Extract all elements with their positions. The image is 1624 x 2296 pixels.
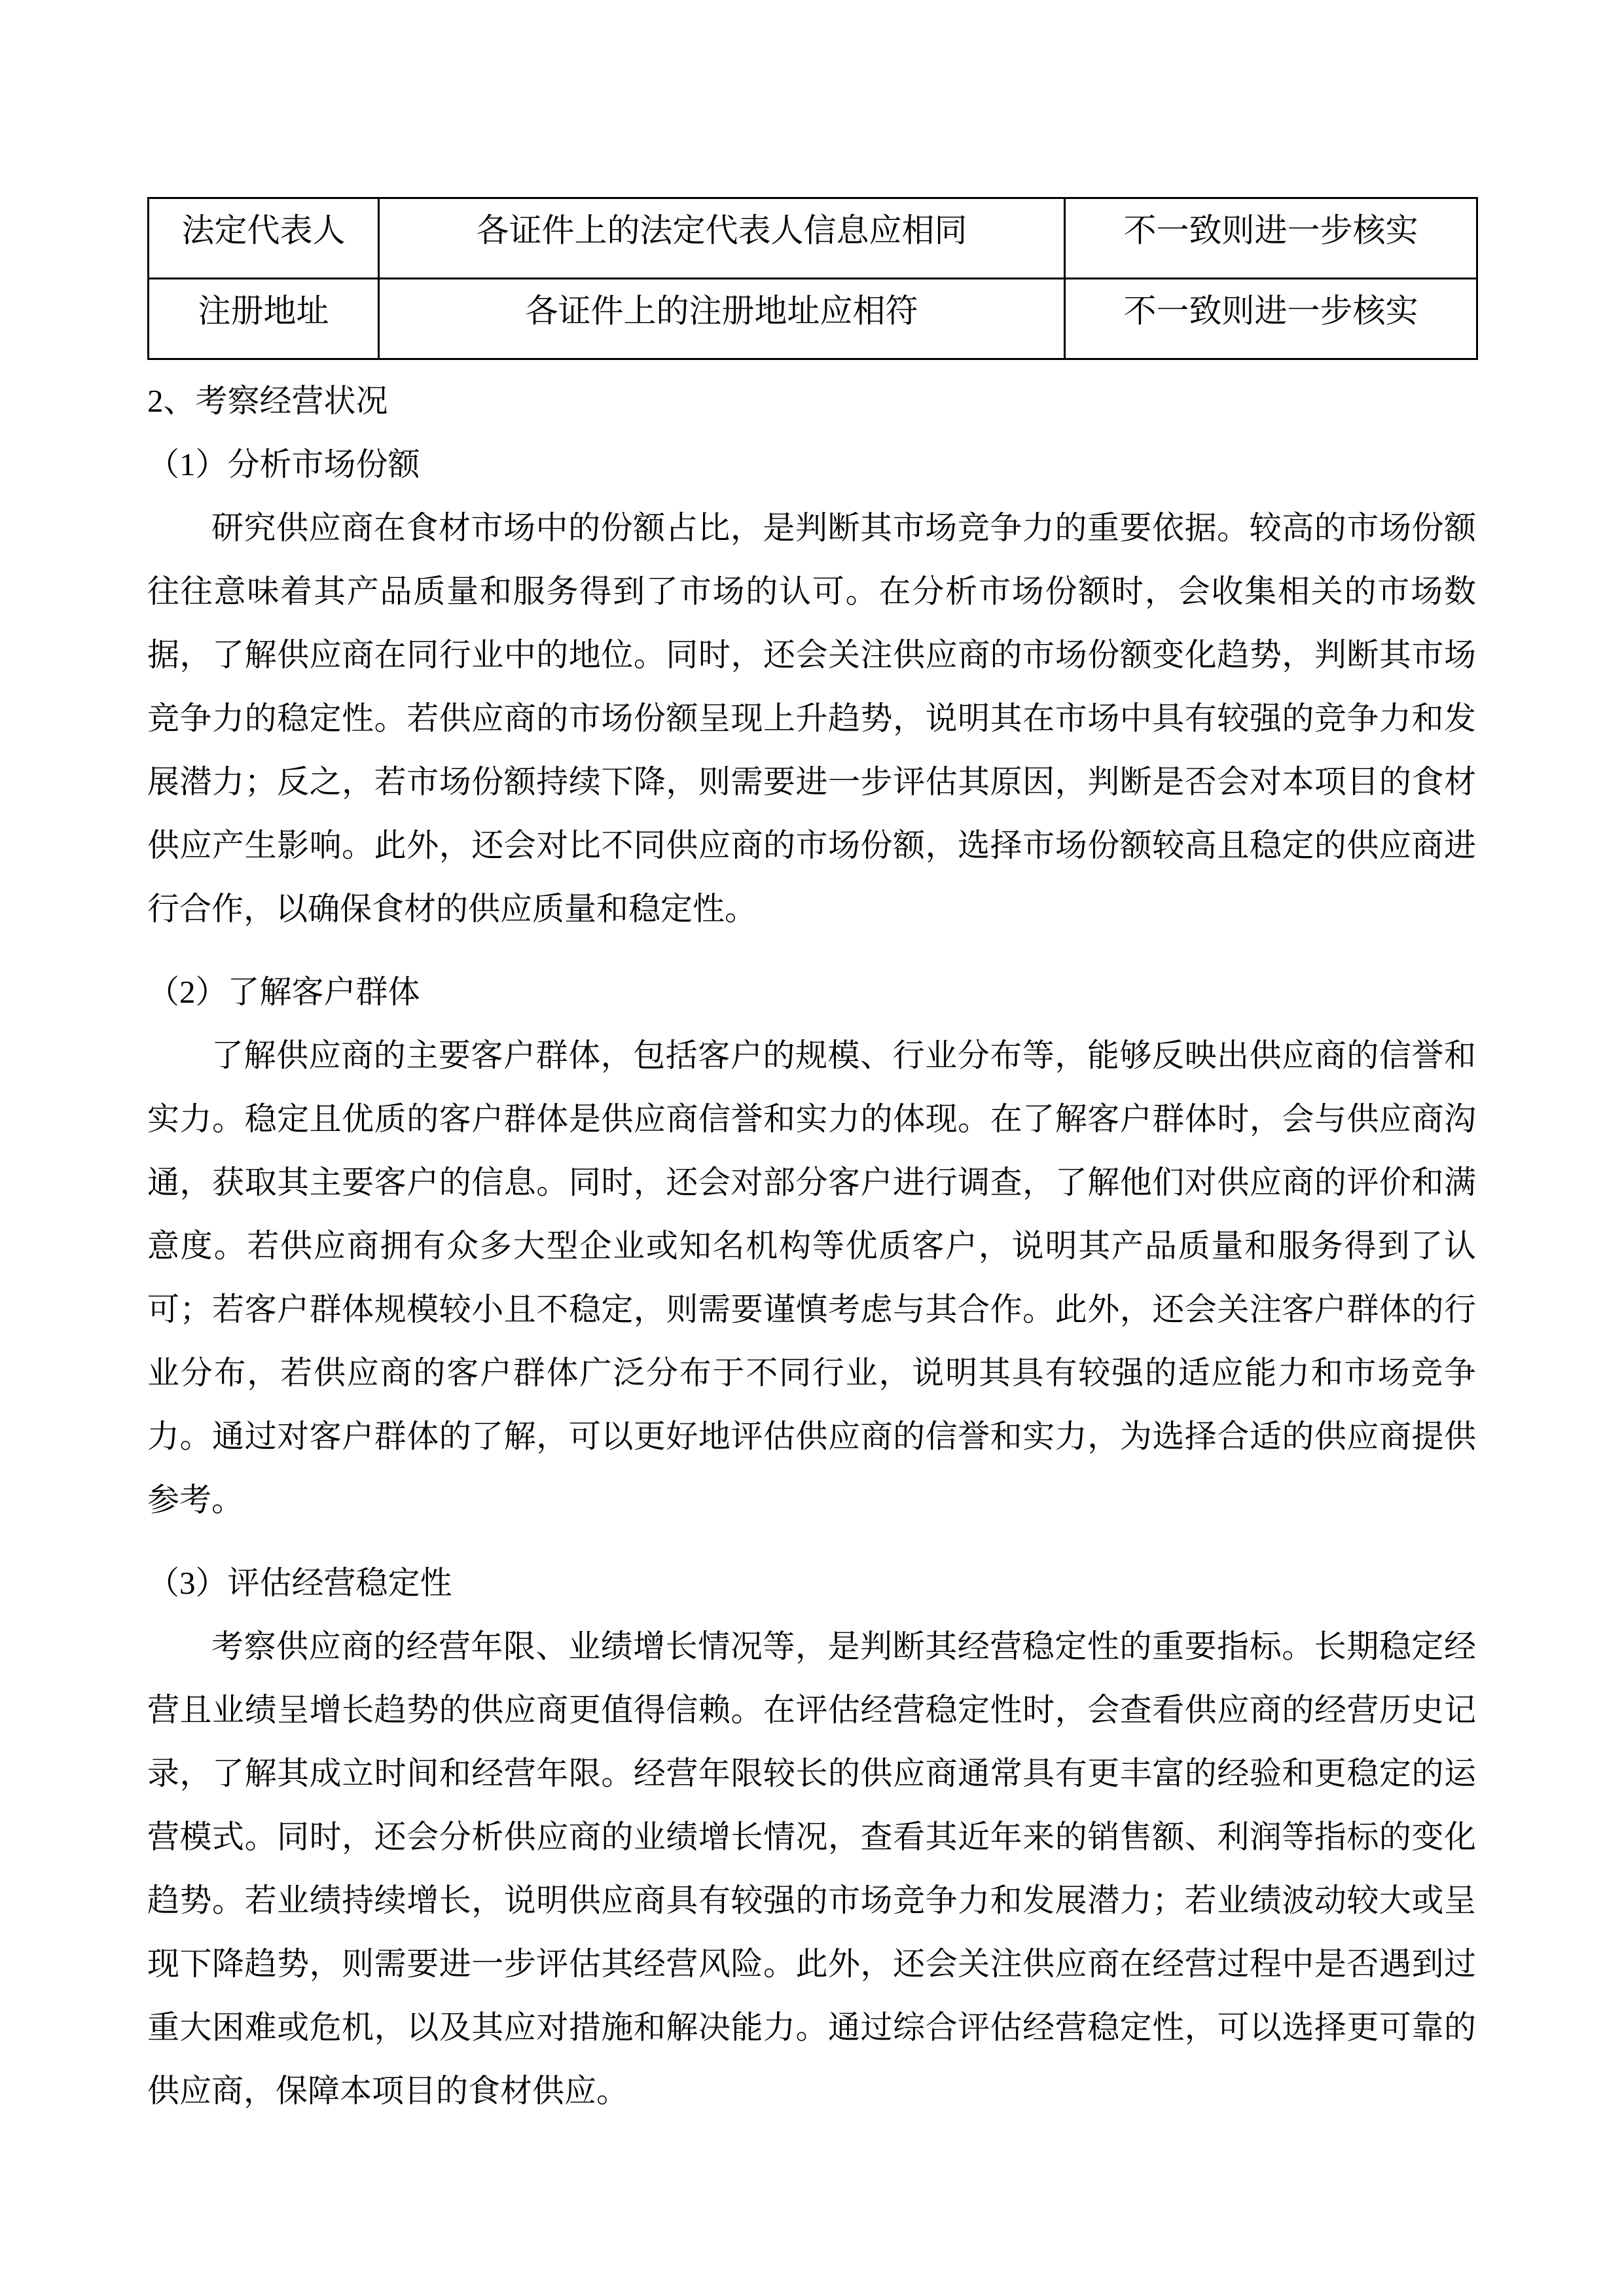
table-row: 注册地址 各证件上的注册地址应相符 不一致则进一步核实 [149,279,1477,359]
document-content: 法定代表人 各证件上的法定代表人信息应相同 不一致则进一步核实 注册地址 各证件… [147,197,1476,2123]
subsection-body-3: 考察供应商的经营年限、业绩增长情况等，是判断其经营稳定性的重要指标。长期稳定经营… [147,1615,1476,2123]
section-heading: 2、考察经营状况 [147,369,1476,433]
table-cell-requirement: 各证件上的注册地址应相符 [379,279,1065,359]
table-cell-action: 不一致则进一步核实 [1065,198,1477,279]
supplier-verification-table: 法定代表人 各证件上的法定代表人信息应相同 不一致则进一步核实 注册地址 各证件… [147,197,1478,360]
document-page: 法定代表人 各证件上的法定代表人信息应相同 不一致则进一步核实 注册地址 各证件… [0,0,1624,2296]
subsection-title-3: （3）评估经营稳定性 [147,1551,1476,1615]
subsection-title-1: （1）分析市场份额 [147,433,1476,496]
subsection-body-1: 研究供应商在食材市场中的份额占比，是判断其市场竞争力的重要依据。较高的市场份额往… [147,496,1476,941]
table-cell-requirement: 各证件上的法定代表人信息应相同 [379,198,1065,279]
subsection-body-2: 了解供应商的主要客户群体，包括客户的规模、行业分布等，能够反映出供应商的信誉和实… [147,1024,1476,1532]
table-cell-item: 法定代表人 [149,198,379,279]
subsection-title-2: （2）了解客户群体 [147,960,1476,1024]
table-row: 法定代表人 各证件上的法定代表人信息应相同 不一致则进一步核实 [149,198,1477,279]
table-cell-item: 注册地址 [149,279,379,359]
table-cell-action: 不一致则进一步核实 [1065,279,1477,359]
